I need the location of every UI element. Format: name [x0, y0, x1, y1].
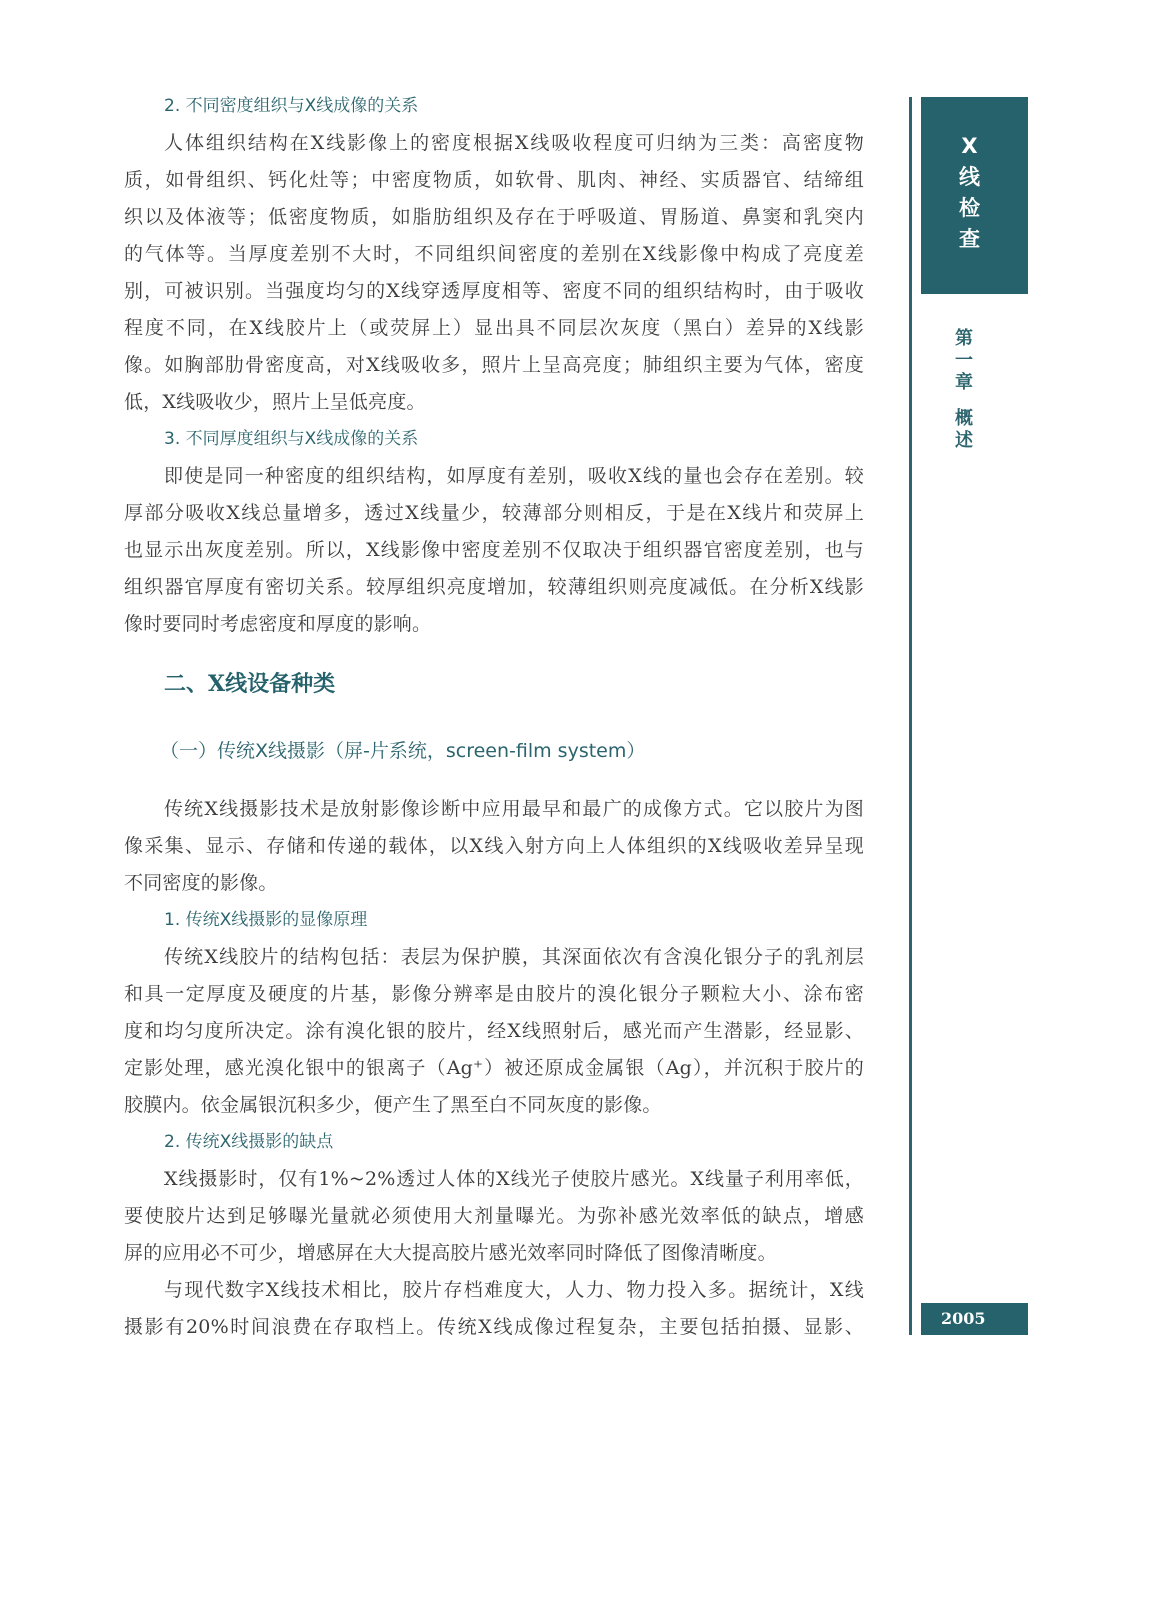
paragraph-line: 织以及体液等；低密度物质，如脂肪组织及存在于呼吸道、胃肠道、鼻窦和乳突内	[124, 199, 864, 236]
paragraph-line: 程度不同，在X线胶片上（或荧屏上）显出具不同层次灰度（黑白）差异的X线影	[124, 310, 864, 347]
paragraph-line: 厚部分吸收X线总量增多，透过X线量少，较薄部分则相反，于是在X线片和荧屏上	[124, 495, 864, 532]
running-chapter-label: 第 一 章 概 述	[944, 328, 984, 452]
paragraph-line: 定影处理，感光溴化银中的银离子（Ag⁺）被还原成金属银（Ag），并沉积于胶片的	[124, 1050, 864, 1087]
heading-disadvantages: 2. 传统X线摄影的缺点	[124, 1124, 864, 1161]
paragraph-line: 也显示出灰度差别。所以，X线影像中密度差别不仅取决于组织器官密度差别，也与	[124, 532, 864, 569]
paragraph-line: 人体组织结构在X线影像上的密度根据X线吸收程度可归纳为三类：高密度物	[124, 125, 864, 162]
chapter-tab: X 线 检 查	[921, 97, 1028, 294]
paragraph-line: 即使是同一种密度的组织结构，如厚度有差别，吸收X线的量也会存在差别。较	[124, 458, 864, 495]
paragraph-line: 传统X线摄影技术是放射影像诊断中应用最早和最广的成像方式。它以胶片为图	[124, 791, 864, 828]
paragraph-line: 低，X线吸收少，照片上呈低亮度。	[124, 384, 864, 421]
page-number: 2005	[921, 1303, 1028, 1335]
chapter-label-char: 一	[955, 350, 973, 372]
paragraph-line: 别，可被识别。当强度均匀的X线穿透厚度相等、密度不同的组织结构时，由于吸收	[124, 273, 864, 310]
chapter-tab-char: 检	[959, 193, 980, 224]
paragraph-line: 传统X线胶片的结构包括：表层为保护膜，其深面依次有含溴化银分子的乳剂层	[124, 939, 864, 976]
paragraph-line: 胶膜内。依金属银沉积多少，便产生了黑至白不同灰度的影像。	[124, 1087, 864, 1124]
chapter-label-char: 第	[955, 328, 973, 350]
section-label-char: 概	[955, 408, 973, 430]
section-heading-equipment-types: 二、X线设备种类	[124, 659, 864, 709]
heading-density-imaging: 2. 不同密度组织与X线成像的关系	[124, 88, 864, 125]
paragraph-line: 与现代数字X线技术相比，胶片存档难度大，人力、物力投入多。据统计，X线	[124, 1272, 864, 1309]
paragraph-line: 度和均匀度所决定。涂有溴化银的胶片，经X线照射后，感光而产生潜影，经显影、	[124, 1013, 864, 1050]
paragraph-line: X线摄影时，仅有1%~2%透过人体的X线光子使胶片感光。X线量子利用率低，	[124, 1161, 864, 1198]
heading-thickness-imaging: 3. 不同厚度组织与X线成像的关系	[124, 421, 864, 458]
page-body: 2. 不同密度组织与X线成像的关系 人体组织结构在X线影像上的密度根据X线吸收程…	[124, 88, 864, 1346]
chapter-tab-char: X	[961, 131, 977, 162]
paragraph-line: 摄影有20%时间浪费在存取档上。传统X线成像过程复杂，主要包括拍摄、显影、	[124, 1309, 864, 1346]
paragraph-line: 和具一定厚度及硬度的片基，影像分辨率是由胶片的溴化银分子颗粒大小、涂布密	[124, 976, 864, 1013]
chapter-label-char: 章	[955, 372, 973, 394]
section-label-char: 述	[955, 430, 973, 452]
margin-divider-rule	[909, 97, 912, 1335]
paragraph-line: 像采集、显示、存储和传递的载体，以X线入射方向上人体组织的X线吸收差异呈现	[124, 828, 864, 865]
chapter-tab-char: 线	[959, 162, 980, 193]
paragraph-line: 质，如骨组织、钙化灶等；中密度物质，如软骨、肌肉、神经、实质器官、结缔组	[124, 162, 864, 199]
paragraph-line: 的气体等。当厚度差别不大时，不同组织间密度的差别在X线影像中构成了亮度差	[124, 236, 864, 273]
paragraph-line: 组织器官厚度有密切关系。较厚组织亮度增加，较薄组织则亮度减低。在分析X线影	[124, 569, 864, 606]
paragraph-line: 屏的应用必不可少，增感屏在大大提高胶片感光效率同时降低了图像清晰度。	[124, 1235, 864, 1272]
subsection-heading-screen-film: （一）传统X线摄影（屏-片系统，screen-film system）	[124, 731, 864, 771]
paragraph-line: 不同密度的影像。	[124, 865, 864, 902]
paragraph-line: 要使胶片达到足够曝光量就必须使用大剂量曝光。为弥补感光效率低的缺点，增感	[124, 1198, 864, 1235]
chapter-tab-char: 查	[959, 224, 980, 255]
heading-imaging-principle: 1. 传统X线摄影的显像原理	[124, 902, 864, 939]
paragraph-line: 像。如胸部肋骨密度高，对X线吸收多，照片上呈高亮度；肺组织主要为气体，密度	[124, 347, 864, 384]
paragraph-line: 像时要同时考虑密度和厚度的影响。	[124, 606, 864, 643]
